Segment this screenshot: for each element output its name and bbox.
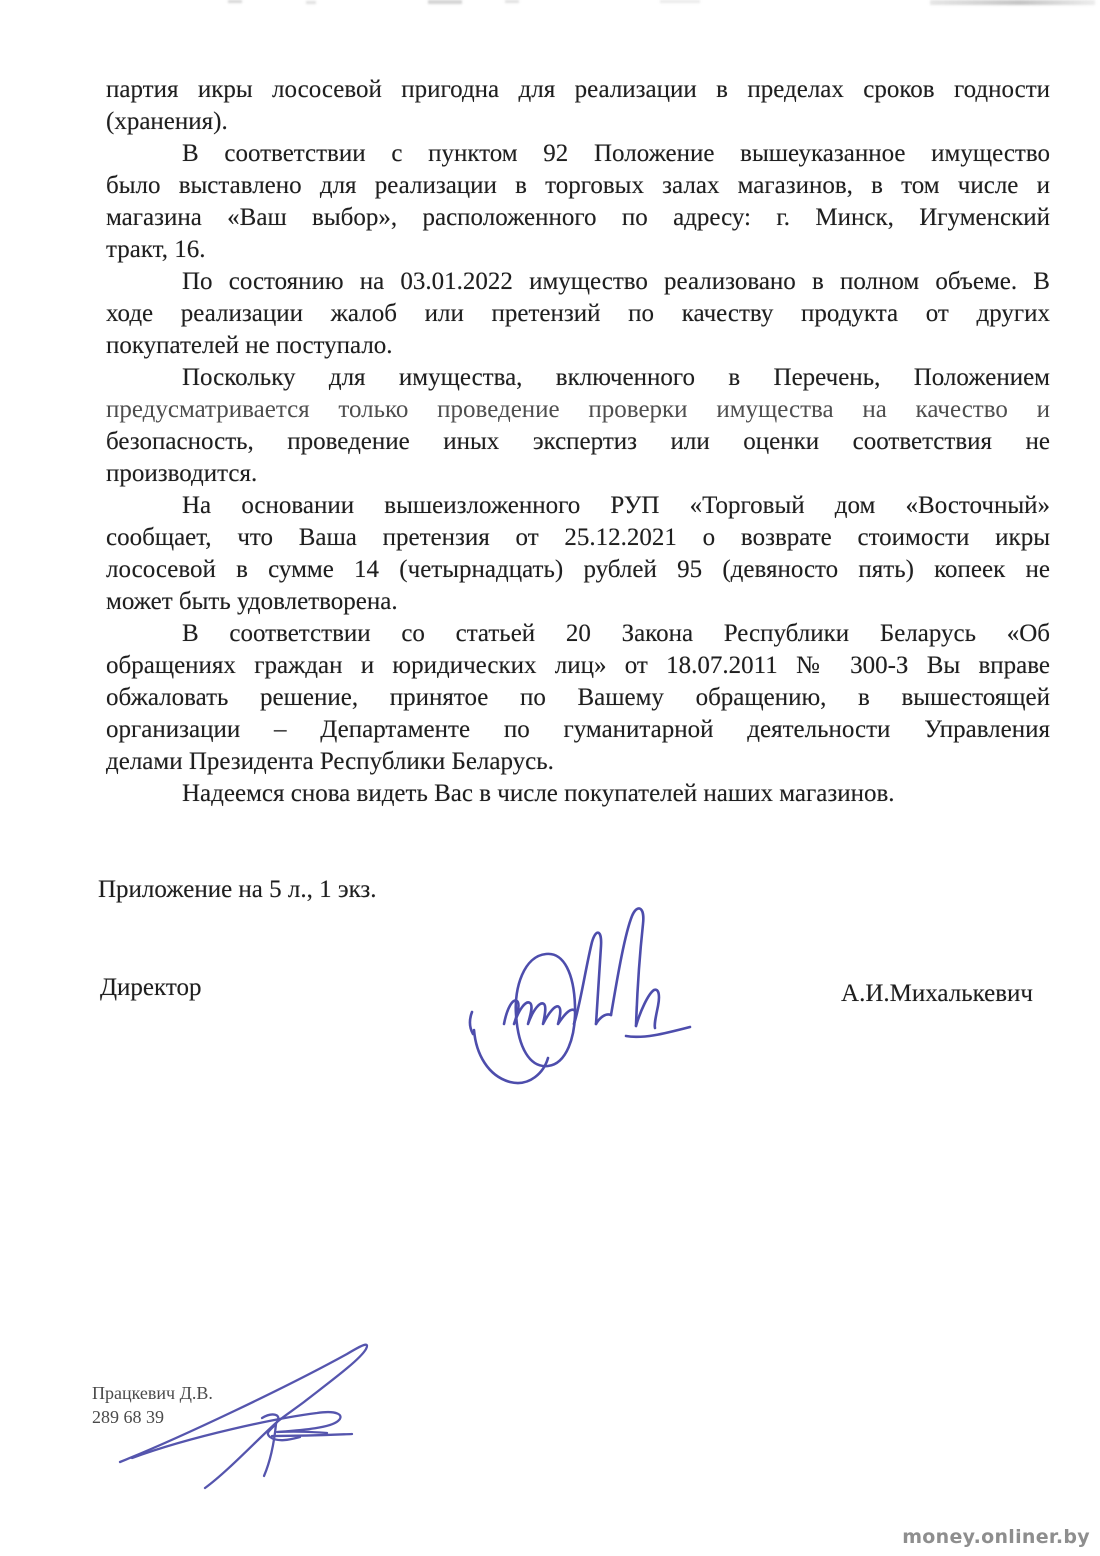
scan-smudge [660,0,700,3]
text-line: обжаловать решение, принятое по Вашему о… [106,682,1050,714]
text-line: предусматривается только проведение пров… [106,394,1050,426]
text-line: покупателей не поступало. [106,330,1050,362]
text-line: магазина «Ваш выбор», расположенного по … [106,202,1050,234]
scan-smudge [428,0,462,4]
letter-body: партия икры лососевой пригодна для реали… [106,74,1050,810]
scanned-letter-page: партия икры лососевой пригодна для реали… [0,0,1100,1556]
text-line: производится. [106,458,1050,490]
signatory-title: Директор [100,974,201,1002]
signatory-name: А.И.Михалькевич [841,980,1033,1008]
watermark: money.onliner.by [902,1526,1090,1548]
text-line: было выставлено для реализации в торговы… [106,170,1050,202]
text-line: На основании вышеизложенного РУП «Торгов… [106,490,1050,522]
text-line: может быть удовлетворена. [106,586,1050,618]
text-line: безопасность, проведение иных экспертиз … [106,426,1050,458]
text-line: В соответствии с пунктом 92 Положение вы… [106,138,1050,170]
text-line: тракт, 16. [106,234,1050,266]
scan-smudge [505,0,519,3]
text-line: (хранения). [106,106,1050,138]
text-line: Поскольку для имущества, включенного в П… [106,362,1050,394]
text-line: организации – Департаменте по гуманитарн… [106,714,1050,746]
attachment-note: Приложение на 5 л., 1 экз. [98,876,377,904]
text-line: ходе реализации жалоб или претензий по к… [106,298,1050,330]
scan-smudge [228,0,242,3]
text-line: По состоянию на 03.01.2022 имущество реа… [106,266,1050,298]
text-line: В соответствии со статьей 20 Закона Респ… [106,618,1050,650]
text-line: партия икры лососевой пригодна для реали… [106,74,1050,106]
text-line: лососевой в сумме 14 (четырнадцать) рубл… [106,554,1050,586]
text-line: делами Президента Республики Беларусь. [106,746,1050,778]
scan-smudge [306,1,316,4]
executor-signature-image [112,1330,472,1495]
director-signature-image [458,896,698,1101]
scan-smudge [930,0,1095,5]
text-line: сообщает, что Ваша претензия от 25.12.20… [106,522,1050,554]
text-line: обращениях граждан и юридических лиц» от… [106,650,1050,682]
text-line: Надеемся снова видеть Вас в числе покупа… [106,778,1050,810]
